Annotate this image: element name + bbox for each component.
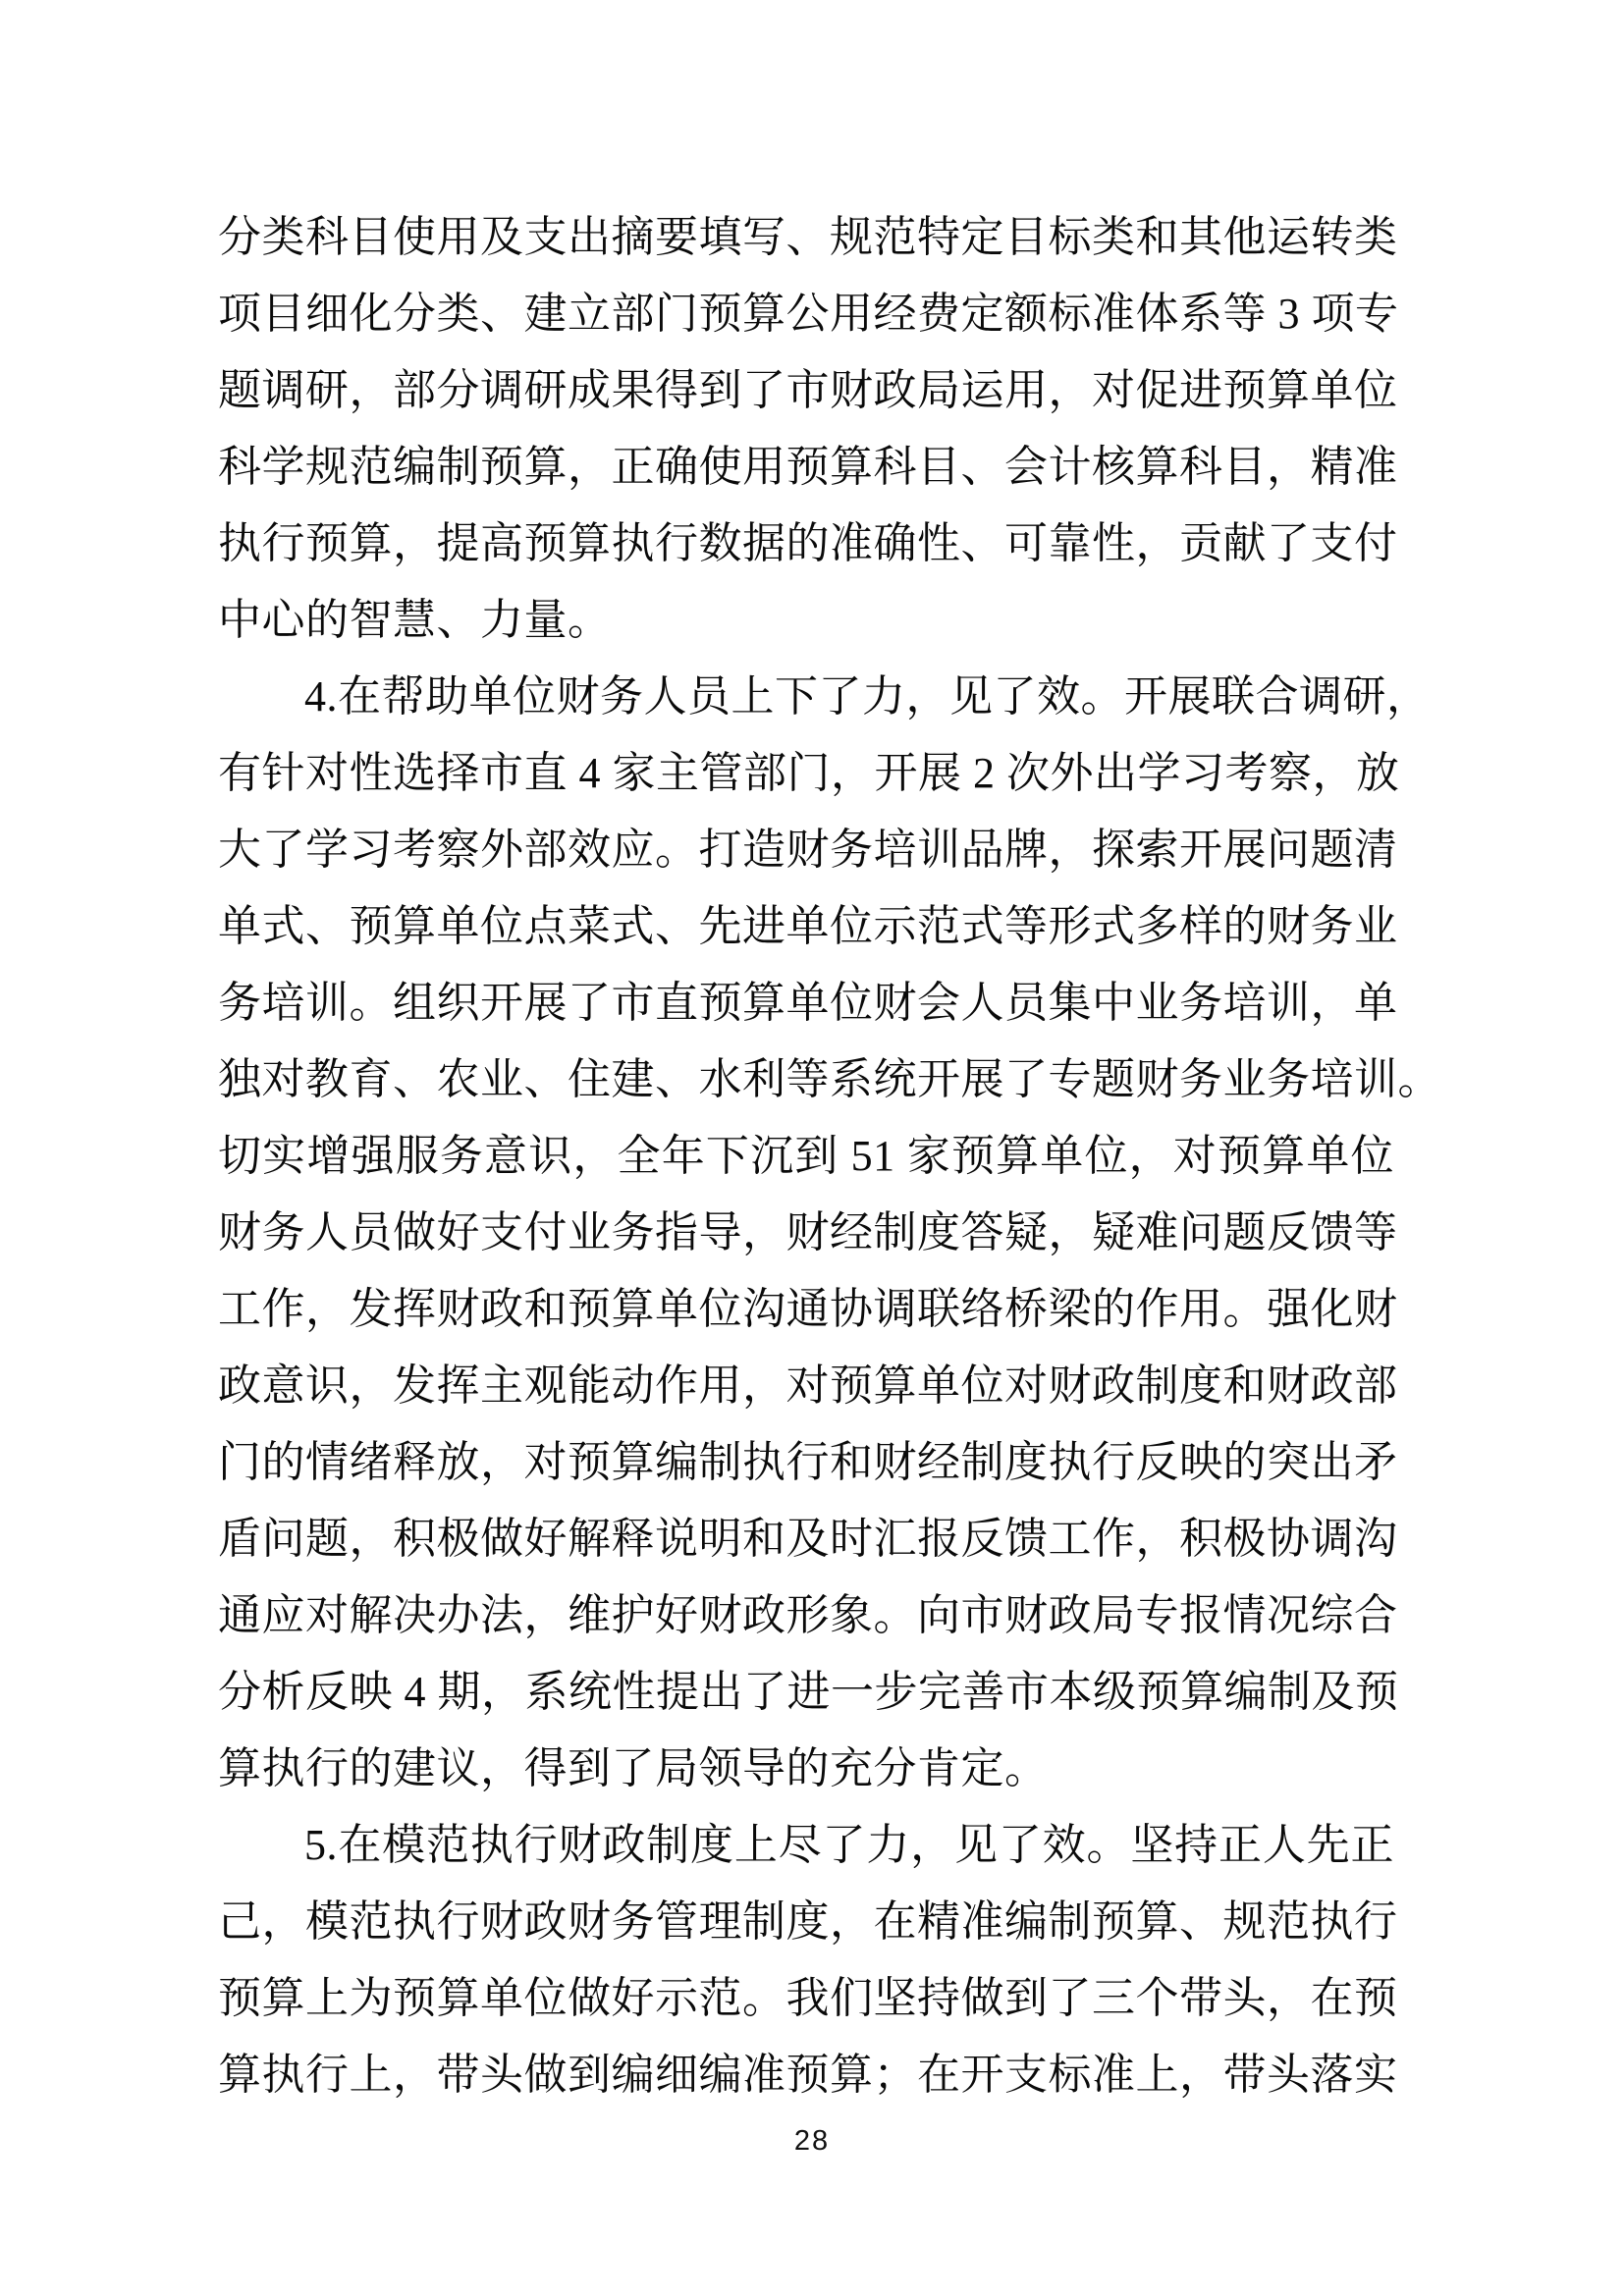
text-line: 政意识，发挥主观能动作用，对预算单位对财政制度和财政部 bbox=[218, 1348, 1394, 1424]
text-line: 分析反映 4 期，系统性提出了进一步完善市本级预算编制及预 bbox=[218, 1654, 1394, 1731]
text-line: 独对教育、农业、住建、水利等系统开展了专题财务业务培训。 bbox=[218, 1041, 1394, 1118]
text-line: 务培训。组织开展了市直预算单位财会人员集中业务培训，单 bbox=[218, 965, 1394, 1041]
text-line: 有针对性选择市直 4 家主管部门，开展 2 次外出学习考察，放 bbox=[218, 735, 1394, 812]
page-footer: 28 bbox=[0, 2123, 1624, 2159]
text-line: 单式、预算单位点菜式、先进单位示范式等形式多样的财务业 bbox=[218, 888, 1394, 965]
text-line: 题调研，部分调研成果得到了市财政局运用，对促进预算单位 bbox=[218, 352, 1394, 429]
text-line: 财务人员做好支付业务指导，财经制度答疑，疑难问题反馈等 bbox=[218, 1195, 1394, 1271]
body-text-block: 分类科目使用及支出摘要填写、规范特定目标类和其他运转类 项目细化分类、建立部门预… bbox=[218, 199, 1394, 2113]
text-line-paragraph-end: 算执行的建议，得到了局领导的充分肯定。 bbox=[218, 1731, 1394, 1807]
text-line-paragraph-start: 4.在帮助单位财务人员上下了力，见了效。开展联合调研， bbox=[218, 659, 1394, 735]
text-line: 预算上为预算单位做好示范。我们坚持做到了三个带头，在预 bbox=[218, 1960, 1394, 2037]
text-line-paragraph-end: 中心的智慧、力量。 bbox=[218, 582, 1394, 659]
text-line: 门的情绪释放，对预算编制执行和财经制度执行反映的突出矛 bbox=[218, 1424, 1394, 1501]
text-line-paragraph-start: 5.在模范执行财政制度上尽了力，见了效。坚持正人先正 bbox=[218, 1807, 1394, 1884]
text-line: 项目细化分类、建立部门预算公用经费定额标准体系等 3 项专 bbox=[218, 276, 1394, 352]
text-line: 工作，发挥财政和预算单位沟通协调联络桥梁的作用。强化财 bbox=[218, 1271, 1394, 1348]
text-line: 切实增强服务意识，全年下沉到 51 家预算单位，对预算单位 bbox=[218, 1118, 1394, 1195]
text-line: 分类科目使用及支出摘要填写、规范特定目标类和其他运转类 bbox=[218, 199, 1394, 276]
text-line: 盾问题，积极做好解释说明和及时汇报反馈工作，积极协调沟 bbox=[218, 1501, 1394, 1577]
text-line: 己，模范执行财政财务管理制度，在精准编制预算、规范执行 bbox=[218, 1884, 1394, 1960]
text-line: 执行预算，提高预算执行数据的准确性、可靠性，贡献了支付 bbox=[218, 506, 1394, 582]
text-line: 通应对解决办法，维护好财政形象。向市财政局专报情况综合 bbox=[218, 1577, 1394, 1654]
text-line: 科学规范编制预算，正确使用预算科目、会计核算科目，精准 bbox=[218, 429, 1394, 506]
text-line: 大了学习考察外部效应。打造财务培训品牌，探索开展问题清 bbox=[218, 812, 1394, 888]
document-page: 分类科目使用及支出摘要填写、规范特定目标类和其他运转类 项目细化分类、建立部门预… bbox=[0, 0, 1624, 2296]
page-number: 28 bbox=[794, 2123, 830, 2159]
text-line: 算执行上，带头做到编细编准预算；在开支标准上，带头落实 bbox=[218, 2037, 1394, 2113]
